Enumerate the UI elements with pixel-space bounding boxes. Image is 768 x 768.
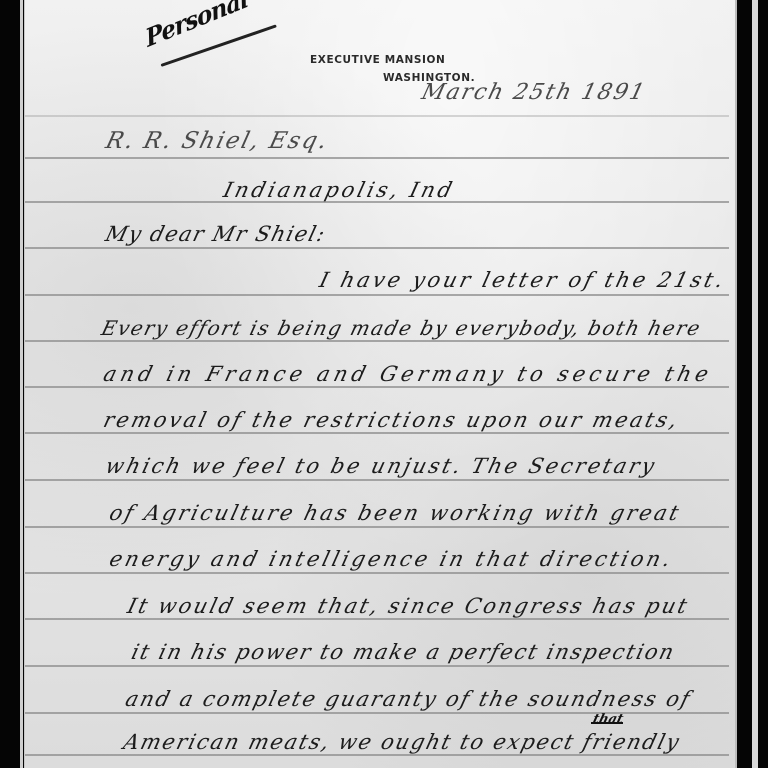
ruled-line (25, 754, 729, 756)
letter-paper: Personal EXECUTIVE MANSION WASHINGTON. M… (24, 0, 737, 768)
letterhead-line1: EXECUTIVE MANSION (310, 54, 445, 66)
body-line-3: and in France and Germany to secure the (101, 362, 715, 386)
scan-frame: Personal EXECUTIVE MANSION WASHINGTON. M… (0, 0, 768, 768)
ruled-line (25, 618, 729, 620)
ruled-line (25, 294, 729, 296)
body-line-10: and a complete guaranty of the soundness… (123, 687, 694, 711)
ruled-line (25, 479, 729, 481)
salutation: My dear Mr Shiel: (103, 222, 329, 246)
body-line-1: I have your letter of the 21st. (317, 268, 729, 292)
body-line-4: removal of the restrictions upon our mea… (101, 408, 682, 432)
right-border-stripe (752, 0, 758, 768)
ruled-line (25, 665, 729, 667)
body-line-5: which we feel to be unjust. The Secretar… (103, 454, 659, 478)
letter-date: March 25th 1891 (419, 80, 649, 105)
body-line-7: energy and intelligence in that directio… (107, 547, 676, 571)
body-line-11: American meats, we ought to expect frien… (121, 730, 683, 754)
body-line-2: Every effort is being made by everybody,… (99, 316, 704, 340)
personal-annotation: Personal (143, 0, 250, 53)
interlinear-insertion: that (591, 712, 625, 727)
ruled-line (25, 572, 729, 574)
ruled-line (25, 247, 729, 249)
ruled-line (25, 157, 729, 159)
body-line-8: It would seem that, since Congress has p… (125, 594, 692, 618)
ruled-line (25, 340, 729, 342)
left-border-highlight (20, 0, 23, 768)
ruled-line (25, 386, 729, 388)
ruled-line (25, 115, 729, 117)
ruled-line (25, 526, 729, 528)
recipient-location: Indianapolis, Ind (221, 178, 457, 202)
ruled-line (25, 432, 729, 434)
body-line-6: of Agriculture has been working with gre… (107, 501, 684, 525)
body-line-9: it in his power to make a perfect inspec… (129, 640, 678, 664)
insertion-strikethrough (591, 722, 623, 724)
recipient-name: R. R. Shiel, Esq. (103, 128, 332, 154)
